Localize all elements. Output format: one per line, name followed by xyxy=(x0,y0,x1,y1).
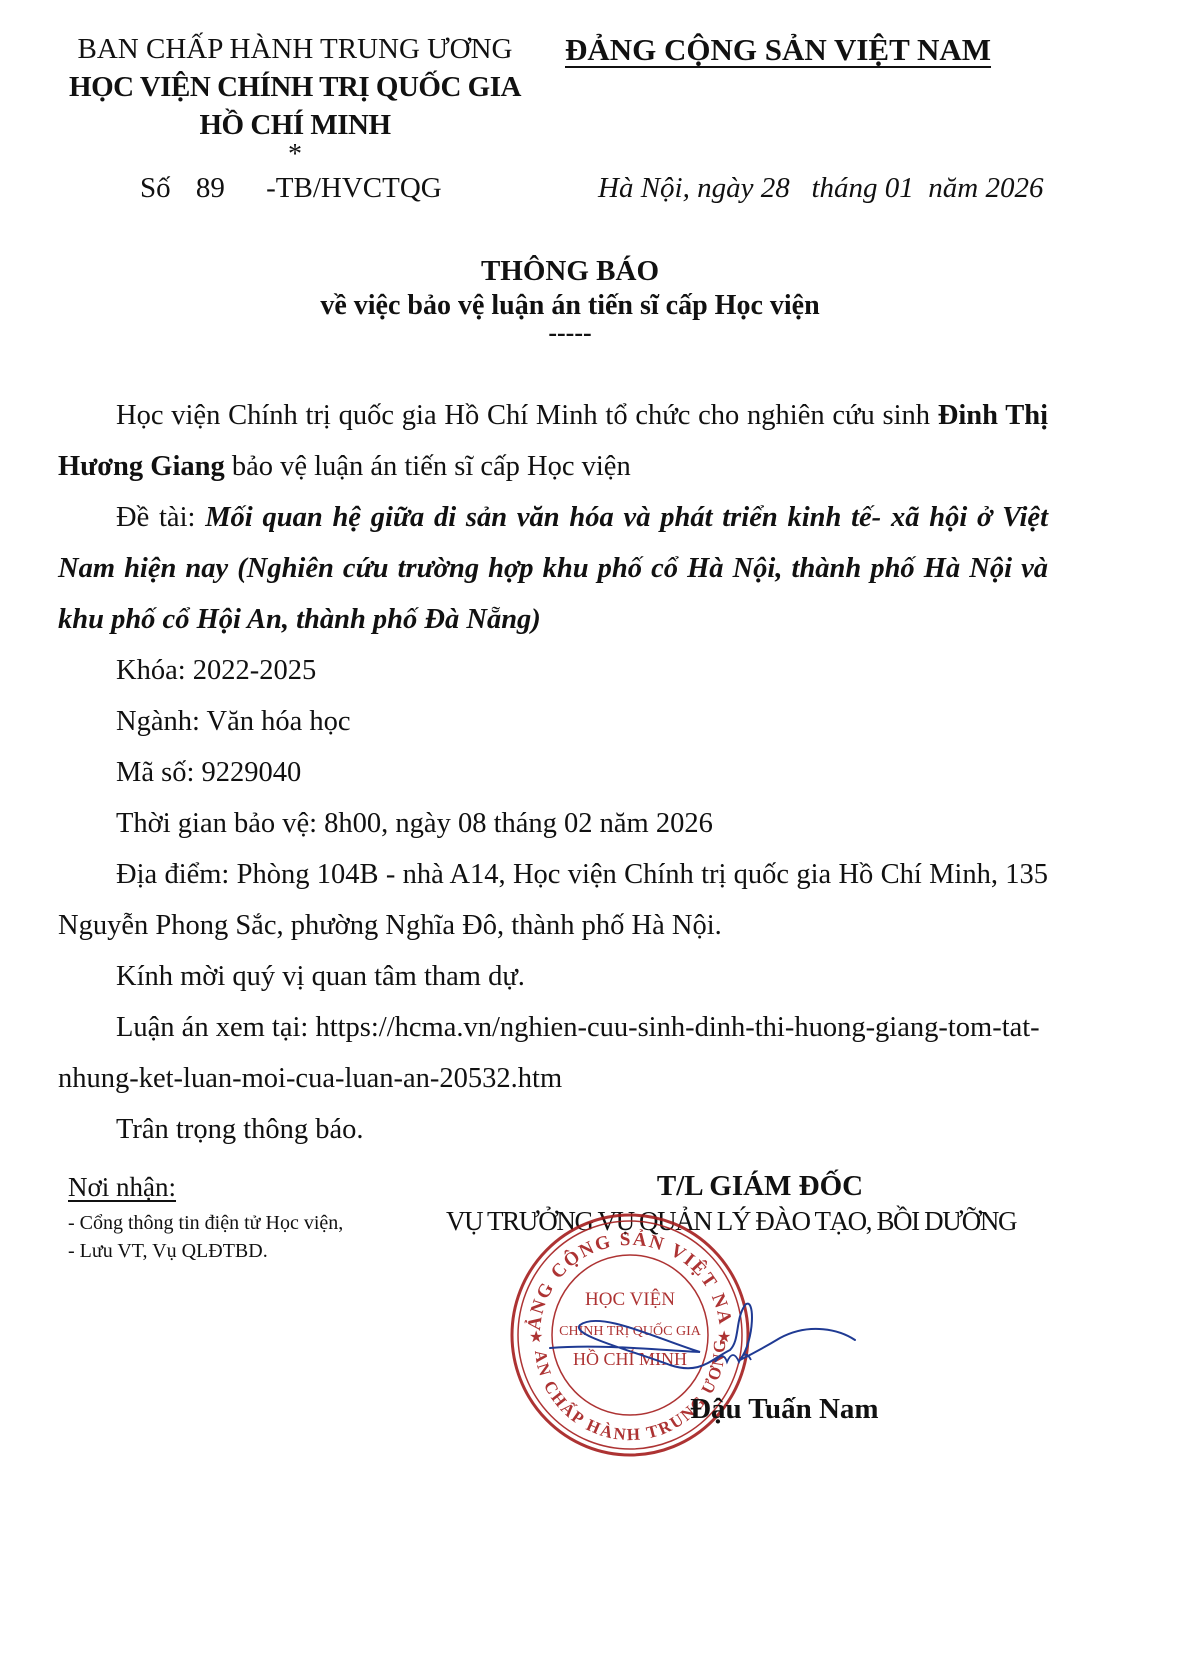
major: Ngành: Văn hóa học xyxy=(58,696,1048,747)
topic-paragraph: Đề tài: Mối quan hệ giữa di sản văn hóa … xyxy=(58,492,1048,645)
major-code: Mã số: 9229040 xyxy=(58,747,1048,798)
thesis-link-paragraph: Luận án xem tại: https://hcma.vn/nghien-… xyxy=(58,1002,1048,1104)
title-divider: ----- xyxy=(0,318,1140,348)
org-line-1: BAN CHẤP HÀNH TRUNG ƯƠNG xyxy=(60,30,530,68)
document-number: Số 89 -TB/HVCTQG xyxy=(140,172,442,205)
handwritten-signature-icon xyxy=(540,1280,860,1400)
recipient-item: - Lưu VT, Vụ QLĐTBD. xyxy=(68,1240,268,1263)
signatory-name: Đậu Tuấn Nam xyxy=(690,1393,879,1426)
defense-location: Địa điểm: Phòng 104B - nhà A14, Học viện… xyxy=(58,849,1048,951)
issuing-organization: BAN CHẤP HÀNH TRUNG ƯƠNG HỌC VIỆN CHÍNH … xyxy=(60,30,530,166)
recipients-label: Nơi nhận: xyxy=(68,1172,176,1203)
doc-number-suffix: -TB/HVCTQG xyxy=(266,172,442,205)
invitation: Kính mời quý vị quan tâm tham dự. xyxy=(58,951,1048,1002)
intro-paragraph: Học viện Chính trị quốc gia Hồ Chí Minh … xyxy=(58,390,1048,492)
recipient-item: - Cổng thông tin điện tử Học viện, xyxy=(68,1212,343,1235)
doc-number-value: 89 xyxy=(196,172,225,205)
signatory-title: T/L GIÁM ĐỐC xyxy=(560,1170,960,1203)
document-title: THÔNG BÁO xyxy=(0,255,1140,288)
party-heading: ĐẢNG CỘNG SẢN VIỆT NAM xyxy=(565,32,991,68)
course: Khóa: 2022-2025 xyxy=(58,645,1048,696)
issue-date: Hà Nội, ngày 28 tháng 01 năm 2026 xyxy=(598,172,1043,205)
org-line-2: HỌC VIỆN CHÍNH TRỊ QUỐC GIA xyxy=(60,68,530,106)
defense-time: Thời gian bảo vệ: 8h00, ngày 08 tháng 02… xyxy=(58,798,1048,849)
doc-number-prefix: Số xyxy=(140,172,171,205)
closing: Trân trọng thông báo. xyxy=(58,1104,1048,1155)
document-body: Học viện Chính trị quốc gia Hồ Chí Minh … xyxy=(58,390,1048,1155)
star-mark: * xyxy=(60,144,530,166)
thesis-topic: Mối quan hệ giữa di sản văn hóa và phát … xyxy=(58,502,1048,635)
